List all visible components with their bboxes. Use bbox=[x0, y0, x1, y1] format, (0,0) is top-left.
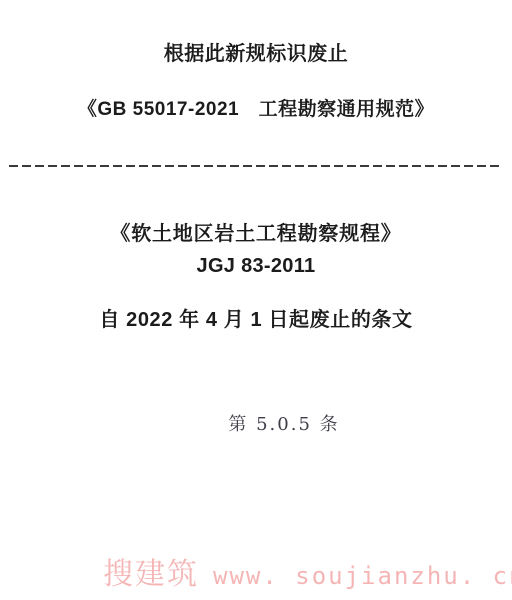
clause-reference: 第 5.0.5 条 bbox=[0, 410, 512, 436]
document-page: 根据此新规标识废止 《GB 55017-2021 工程勘察通用规范》 《软土地区… bbox=[0, 0, 512, 600]
watermark: 搜建筑 www. soujianzhu. cn bbox=[103, 549, 512, 593]
standard-code: JGJ 83-2011 bbox=[0, 255, 512, 278]
watermark-url: www. soujianzhu. cn bbox=[213, 562, 512, 590]
watermark-site-name: 搜建筑 bbox=[103, 549, 199, 593]
standard-title: 《软土地区岩土工程勘察规程》 bbox=[0, 217, 512, 246]
superseding-standard-title: 《GB 55017-2021 工程勘察通用规范》 bbox=[0, 94, 512, 121]
abolition-subtitle: 自 2022 年 4 月 1 日起废止的条文 bbox=[0, 303, 512, 332]
notice-heading: 根据此新规标识废止 bbox=[0, 37, 512, 66]
dashed-divider bbox=[9, 165, 503, 167]
